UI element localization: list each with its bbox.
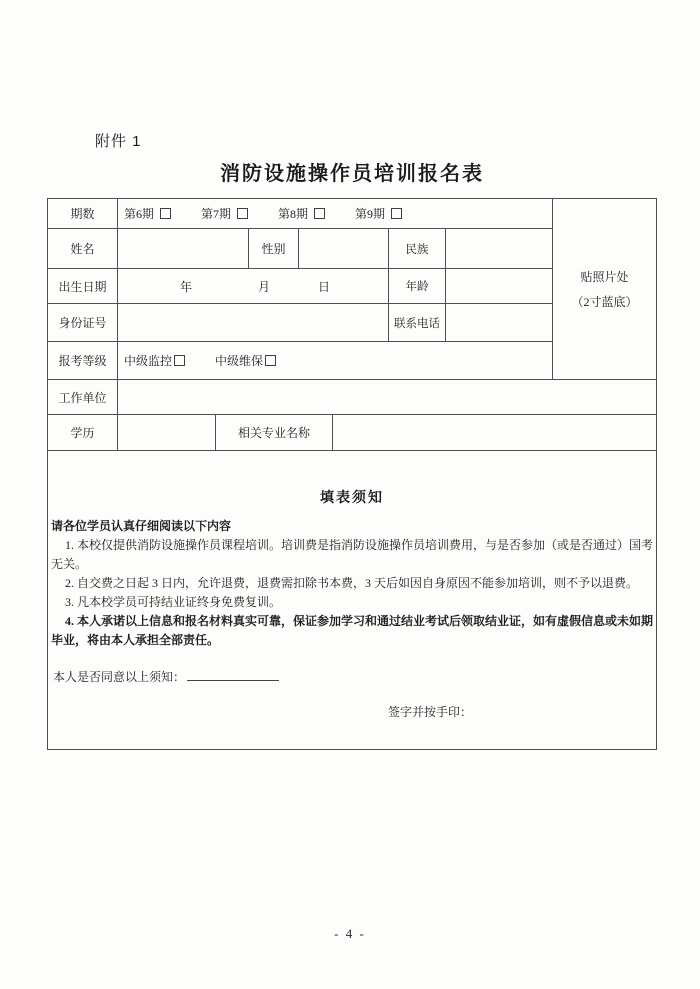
period-option-9: 第9期	[355, 205, 402, 222]
period-option-8-label: 第8期	[278, 205, 308, 222]
birth-row: 出生日期 年 月 日 年龄	[48, 269, 552, 304]
period-6-checkbox[interactable]	[160, 208, 171, 219]
level-label: 报考等级	[48, 342, 118, 379]
employer-label: 工作单位	[48, 380, 118, 414]
notice-item-2: 2. 自交费之日起 3 日内，允许退费，退费需扣除书本费，3 天后如因自身原因不…	[51, 574, 653, 593]
employer-input-cell[interactable]	[118, 380, 656, 414]
major-input-cell[interactable]	[333, 415, 656, 450]
notice-item-1: 1. 本校仅提供消防设施操作员课程培训。培训费是指消防设施操作员培训费用，与是否…	[51, 536, 653, 574]
ethnicity-label: 民族	[389, 229, 446, 268]
period-option-9-label: 第9期	[355, 205, 385, 222]
period-option-6: 第6期	[124, 205, 171, 222]
period-option-7-label: 第7期	[201, 205, 231, 222]
level-monitor-checkbox[interactable]	[174, 355, 185, 366]
birth-year-label: 年	[180, 278, 192, 295]
birth-input-cell[interactable]: 年 月 日	[118, 269, 389, 303]
level-option-maintenance: 中级维保	[215, 352, 276, 369]
attachment-label: 附件 1	[95, 130, 142, 151]
id-row: 身份证号 联系电话	[48, 304, 552, 342]
age-input-cell[interactable]	[446, 269, 552, 303]
education-input-cell[interactable]	[118, 415, 216, 450]
level-maintenance-label: 中级维保	[215, 352, 263, 369]
page-number: - 4 -	[0, 926, 700, 942]
agree-answer-blank[interactable]	[187, 669, 279, 681]
scanned-form-page: 附件 1 消防设施操作员培训报名表 期数 第6期 第7期	[0, 0, 700, 989]
period-row: 期数 第6期 第7期 第8期	[48, 199, 552, 229]
gender-label: 性别	[249, 229, 299, 268]
name-row: 姓名 性别 民族	[48, 229, 552, 269]
notice-heading: 填表须知	[51, 489, 653, 509]
period-7-checkbox[interactable]	[237, 208, 248, 219]
education-label: 学历	[48, 415, 118, 450]
level-row: 报考等级 中级监控 中级维保	[48, 342, 552, 379]
level-option-monitor: 中级监控	[124, 352, 185, 369]
notice-intro: 请各位学员认真仔细阅读以下内容	[51, 517, 653, 536]
agree-line: 本人是否同意以上须知：	[51, 668, 653, 687]
period-options: 第6期 第7期 第8期 第9期	[118, 199, 552, 228]
period-option-7: 第7期	[201, 205, 248, 222]
gender-input-cell[interactable]	[299, 229, 389, 268]
phone-label: 联系电话	[389, 304, 446, 341]
ethnicity-input-cell[interactable]	[446, 229, 552, 268]
major-label: 相关专业名称	[216, 415, 333, 450]
birth-month-label: 月	[258, 278, 270, 295]
age-label: 年龄	[389, 269, 446, 303]
agree-label: 本人是否同意以上须知：	[53, 670, 185, 684]
form-top-section: 期数 第6期 第7期 第8期	[48, 199, 656, 380]
period-8-checkbox[interactable]	[314, 208, 325, 219]
notice-item-3: 3. 凡本校学员可持结业证终身免费复训。	[51, 593, 653, 612]
id-input-cell[interactable]	[118, 304, 389, 341]
period-9-checkbox[interactable]	[391, 208, 402, 219]
name-label: 姓名	[48, 229, 118, 268]
period-option-6-label: 第6期	[124, 205, 154, 222]
photo-area-line2: （2寸蓝底）	[571, 293, 637, 310]
period-label: 期数	[48, 199, 118, 228]
notice-item-4: 4. 本人承诺以上信息和报名材料真实可靠，保证参加学习和通过结业考试后领取结业证…	[51, 612, 653, 650]
level-maintenance-checkbox[interactable]	[265, 355, 276, 366]
page-title: 消防设施操作员培训报名表	[47, 157, 657, 186]
photo-area-line1: 贴照片处	[580, 268, 628, 285]
id-label: 身份证号	[48, 304, 118, 341]
birth-label: 出生日期	[48, 269, 118, 303]
birth-day-label: 日	[318, 278, 330, 295]
period-option-8: 第8期	[278, 205, 325, 222]
education-row: 学历 相关专业名称	[48, 415, 656, 451]
signature-line: 签字并按手印：	[388, 703, 653, 722]
employer-row: 工作单位	[48, 380, 656, 415]
level-monitor-label: 中级监控	[124, 352, 172, 369]
photo-area: 贴照片处 （2寸蓝底）	[552, 199, 656, 379]
notice-section: 填表须知 请各位学员认真仔细阅读以下内容 1. 本校仅提供消防设施操作员课程培训…	[48, 451, 656, 749]
phone-input-cell[interactable]	[446, 304, 552, 341]
registration-form-table: 期数 第6期 第7期 第8期	[47, 198, 657, 750]
level-options: 中级监控 中级维保	[118, 342, 552, 379]
name-input-cell[interactable]	[118, 229, 249, 268]
